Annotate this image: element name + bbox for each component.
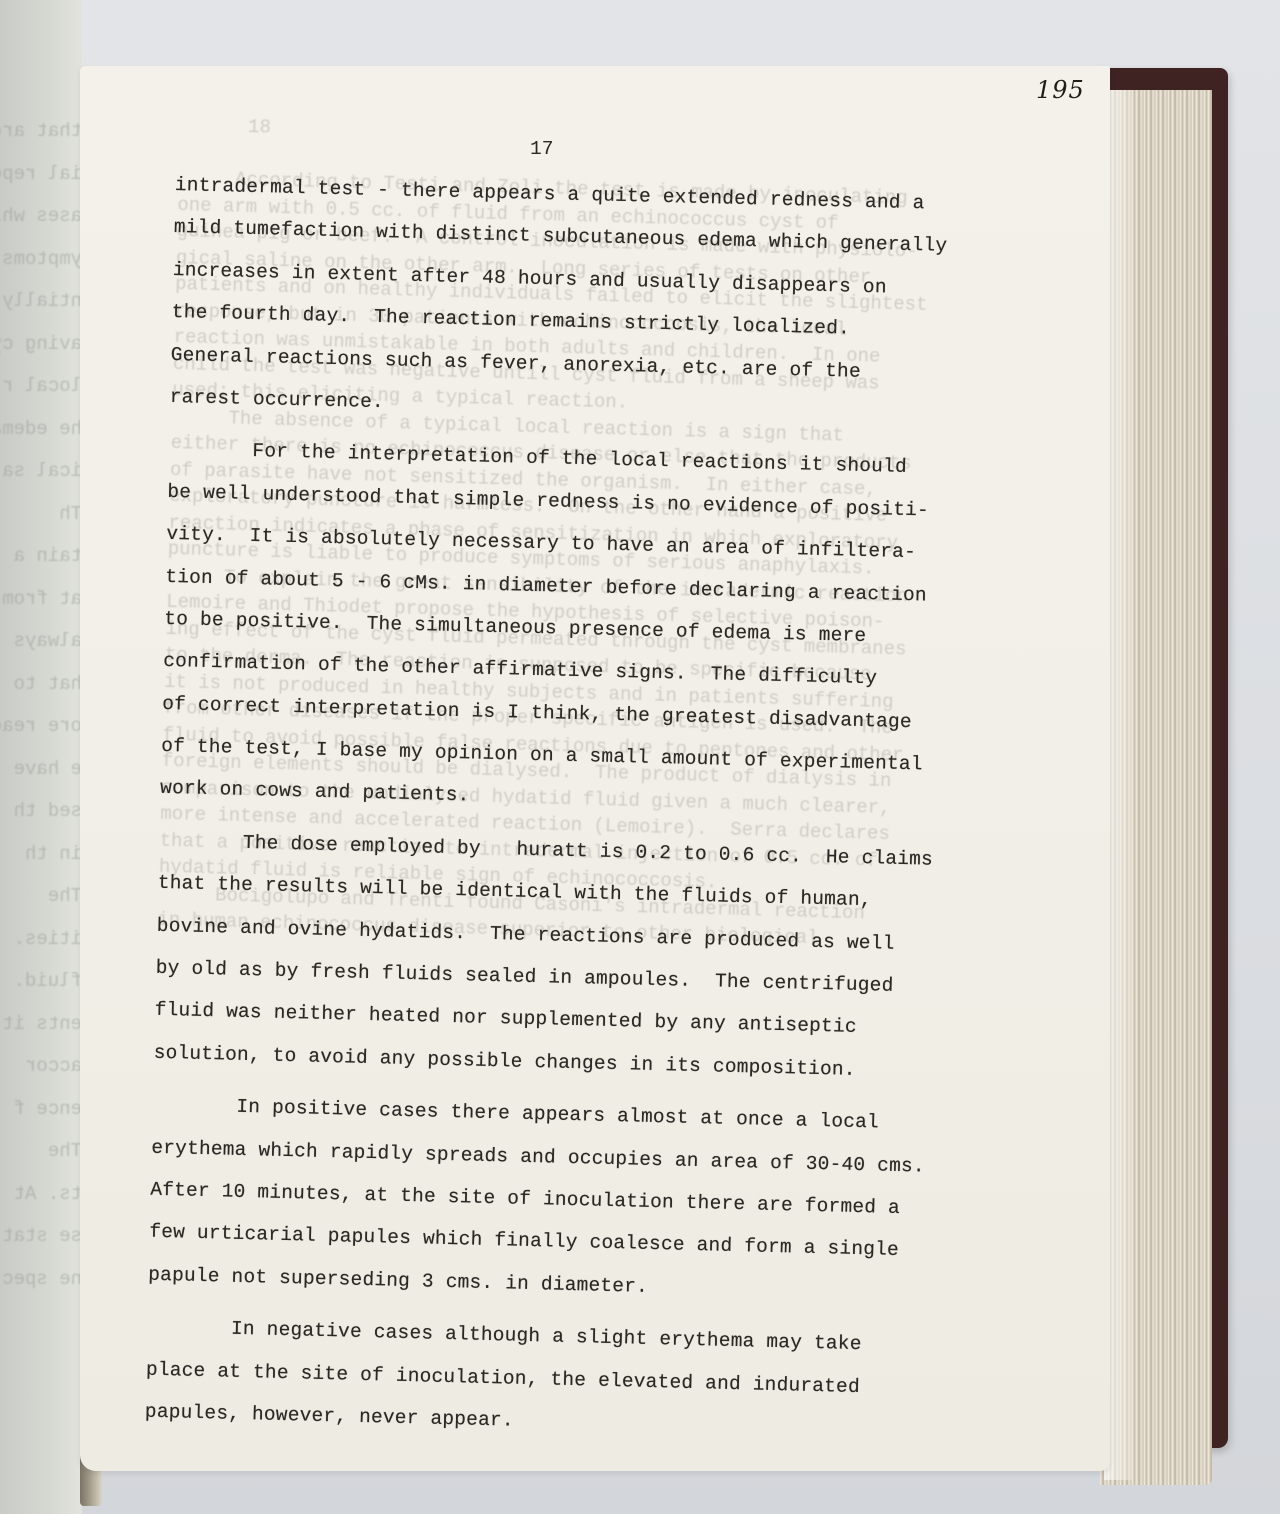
typewritten-body: intradermal test - there appears a quite… (144, 140, 1055, 1454)
paragraph: The dose employed by huratt is 0.2 to 0.… (153, 820, 1039, 1096)
left-page-fragment: The (2, 1130, 82, 1173)
left-facing-page: that areial repoases whiymptomsntiallyav… (0, 0, 82, 1514)
left-page-fragment: local r (2, 365, 82, 408)
left-page-fragment: always (2, 620, 82, 663)
left-page-fragment: ial repo (2, 153, 82, 196)
paragraph: In positive cases there appears almost a… (148, 1084, 1033, 1317)
left-page-fragment: that are (2, 110, 82, 153)
left-page-fragment: ical sal (2, 450, 82, 493)
paragraph: For the interpretation of the local reac… (160, 428, 1049, 831)
paragraph: intradermal test - there appears a quite… (169, 164, 1055, 440)
left-page-fragment: tain a (2, 535, 82, 578)
left-page-fragment: Th (2, 493, 82, 536)
left-page-fragment: ymptoms (2, 238, 82, 281)
left-page-fragment: ore reac (2, 705, 82, 748)
left-page-fragment: fluid. (2, 960, 82, 1003)
left-page-fragment: e have (2, 748, 82, 791)
left-page-fragment: at from (2, 578, 82, 621)
left-page-fragment: ts. At (2, 1173, 82, 1216)
paragraph: In negative cases although a slight eryt… (144, 1306, 1027, 1455)
left-page-fragment: sed th (2, 790, 82, 833)
left-page-mirrored-text: that areial repoases whiymptomsntiallyav… (2, 110, 82, 1300)
left-page-fragment: aving cy (2, 323, 82, 366)
left-page-fragment: ence f (2, 1088, 82, 1131)
left-page-fragment: ne spec (2, 1258, 82, 1301)
left-page-fragment: ents it (2, 1003, 82, 1046)
left-page-fragment: ases whi (2, 195, 82, 238)
left-page-fragment: ities. (2, 918, 82, 961)
left-page-fragment: se stat (2, 1215, 82, 1258)
left-page-fragment: hat to (2, 663, 82, 706)
left-page-fragment: The (2, 875, 82, 918)
left-page-fragment: he edema (2, 408, 82, 451)
left-page-fragment: in th (2, 833, 82, 876)
left-page-fragment: accor (2, 1045, 82, 1088)
handwritten-folio-number: 195 (1036, 76, 1085, 104)
left-page-fragment: ntially (2, 280, 82, 323)
